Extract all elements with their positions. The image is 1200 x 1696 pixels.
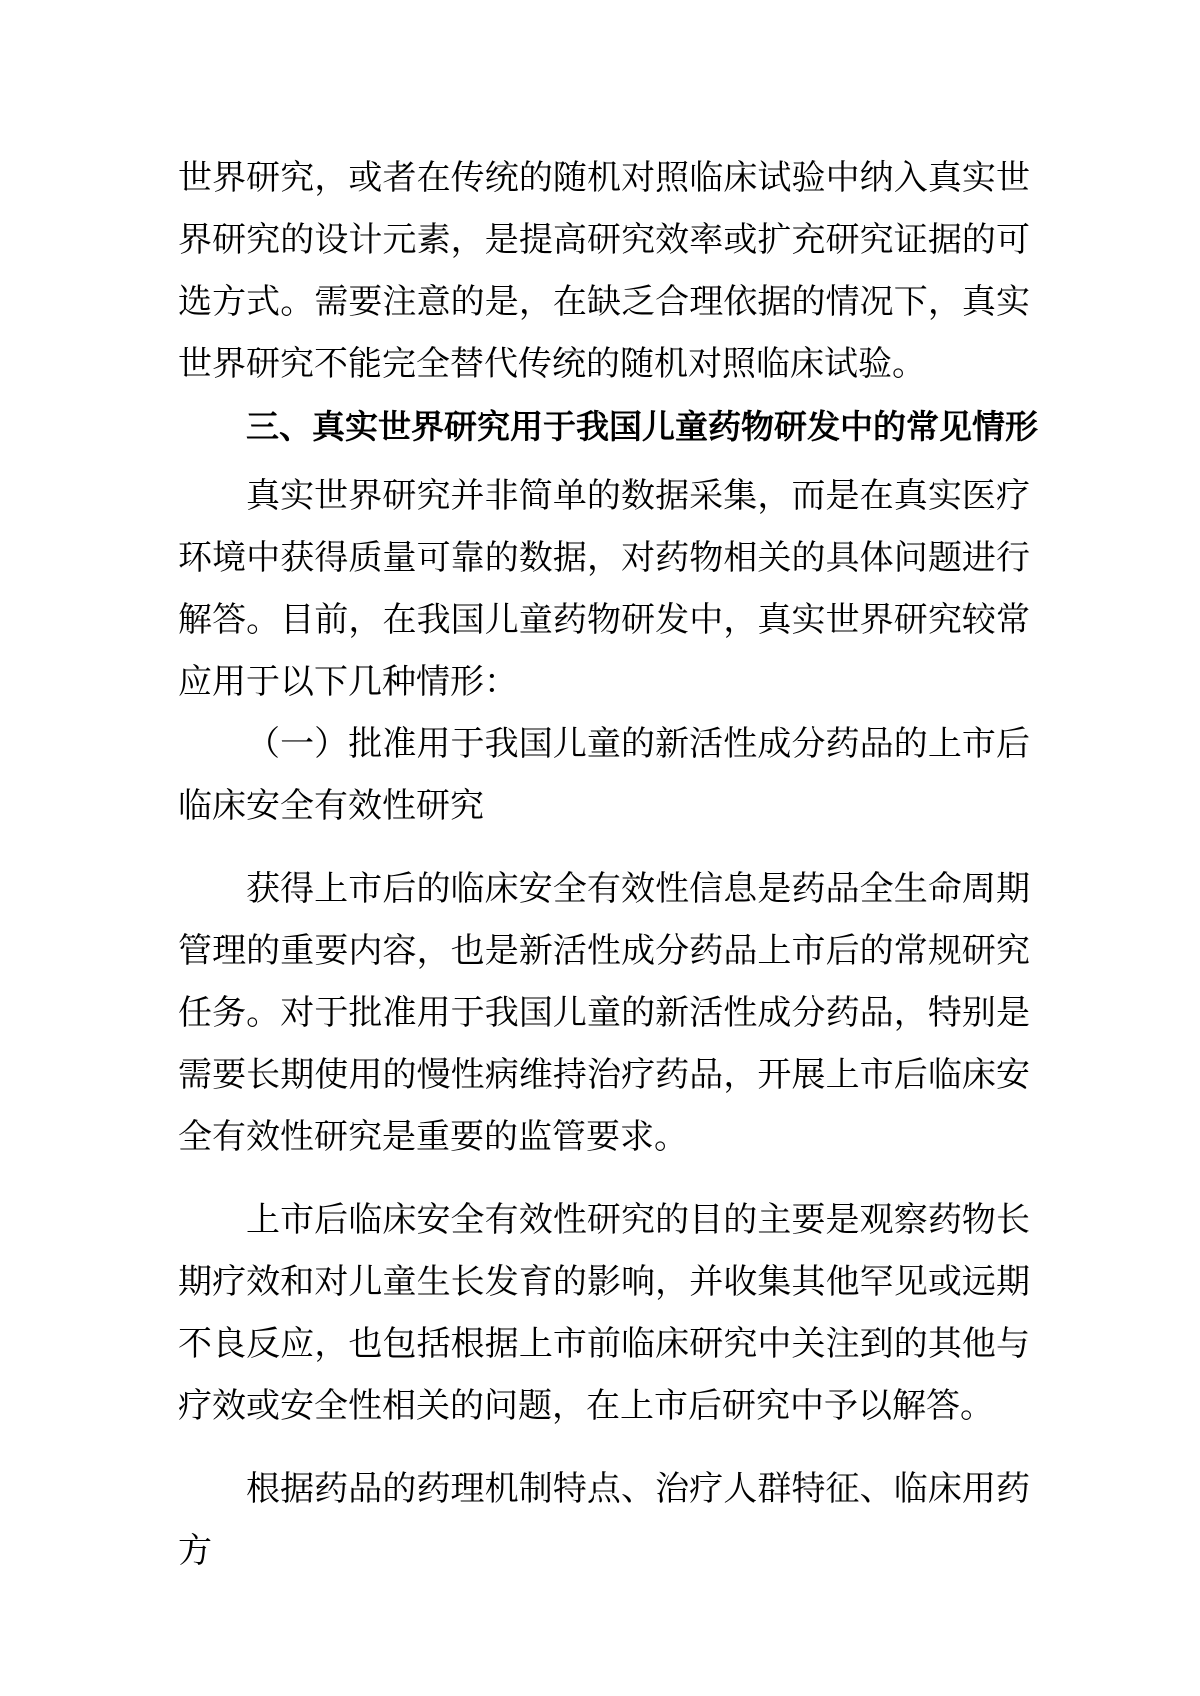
paragraph-cut-off: 根据药品的药理机制特点、治疗人群特征、临床用药方: [178, 1459, 1030, 1583]
section-heading: 三、真实世界研究用于我国儿童药物研发中的常见情形: [178, 396, 1030, 458]
subsection-heading: （一）批准用于我国儿童的新活性成分药品的上市后临床安全有效性研究: [178, 714, 1030, 838]
paragraph: 上市后临床安全有效性研究的目的主要是观察药物长期疗效和对儿童生长发育的影响，并收…: [178, 1190, 1030, 1438]
paragraph: 真实世界研究并非简单的数据采集，而是在真实医疗环境中获得质量可靠的数据，对药物相…: [178, 466, 1030, 714]
document-page: 世界研究，或者在传统的随机对照临床试验中纳入真实世界研究的设计元素，是提高研究效…: [0, 0, 1200, 1696]
document-body: 世界研究，或者在传统的随机对照临床试验中纳入真实世界研究的设计元素，是提高研究效…: [178, 148, 1030, 1583]
paragraph-continuation: 世界研究，或者在传统的随机对照临床试验中纳入真实世界研究的设计元素，是提高研究效…: [178, 148, 1030, 396]
paragraph: 获得上市后的临床安全有效性信息是药品全生命周期管理的重要内容，也是新活性成分药品…: [178, 859, 1030, 1169]
